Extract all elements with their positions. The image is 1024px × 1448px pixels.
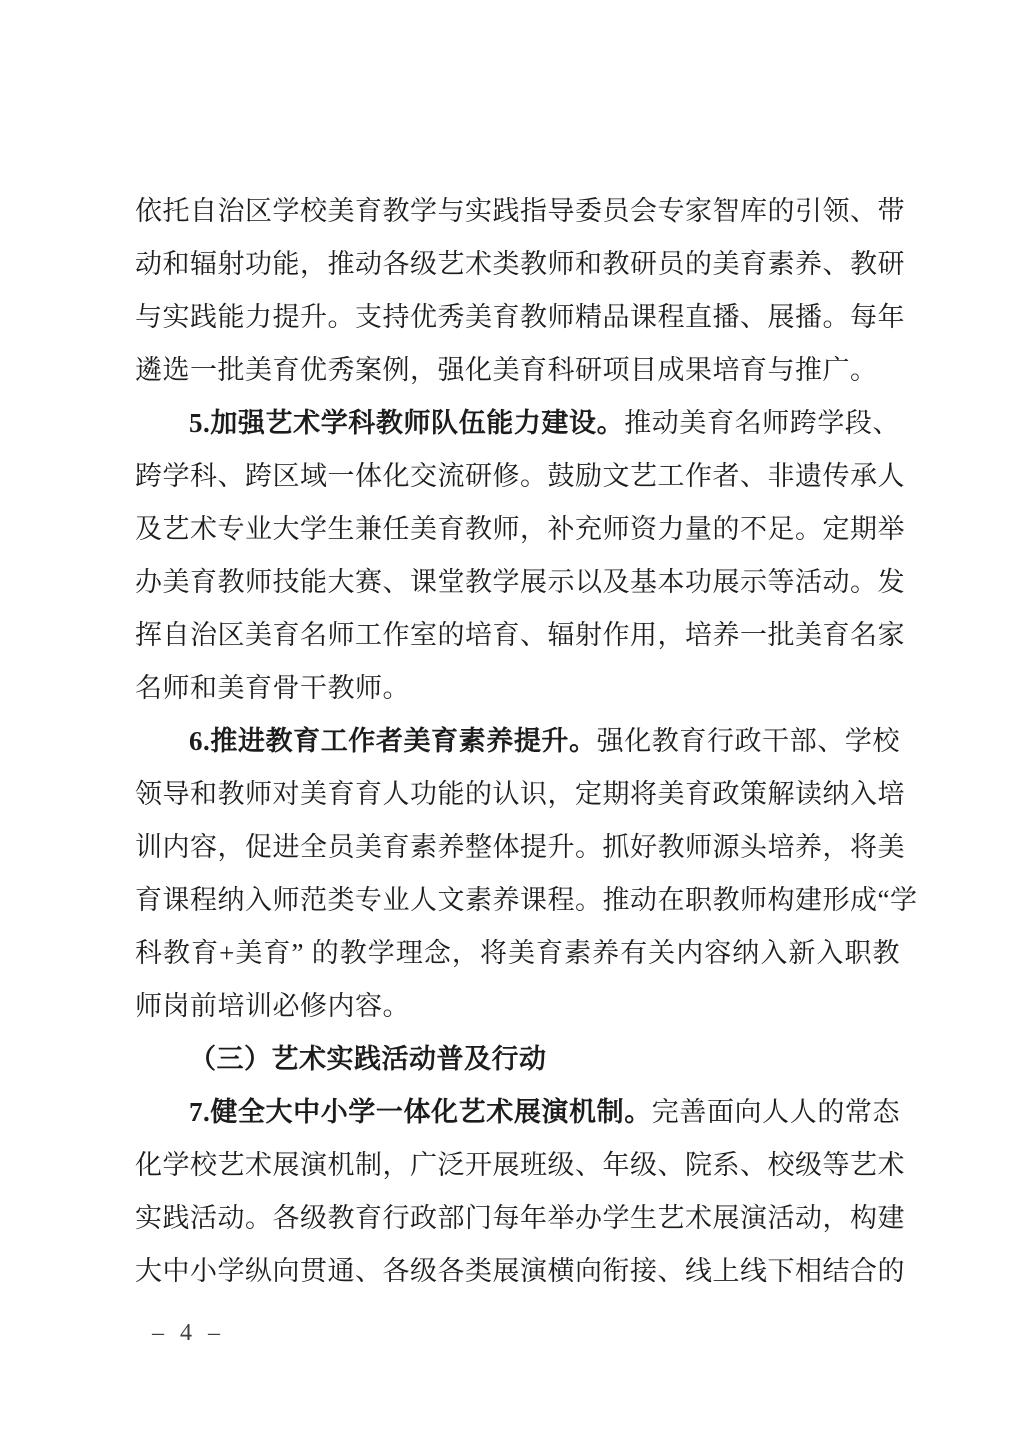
text-run: 师岗前培训必修内容。: [135, 991, 410, 1021]
text-line: 实践活动。各级教育行政部门每年举办学生艺术展演活动，构建: [135, 1192, 900, 1245]
text-line-section-7: 7.健全大中小学一体化艺术展演机制。完善面向人人的常态: [135, 1086, 900, 1139]
text-line: 动和辐射功能，推动各级艺术类教师和教研员的美育素养、教研: [135, 238, 900, 291]
text-run: 实践活动。各级教育行政部门每年举办学生艺术展演活动，构建: [135, 1203, 905, 1233]
text-line: 领导和教师对美育育人功能的认识，定期将美育政策解读纳入培: [135, 768, 900, 821]
text-run: 名师和美育骨干教师。: [135, 673, 410, 703]
text-run: 大中小学纵向贯通、各级各类展演横向衔接、线上线下相结合的: [135, 1256, 905, 1286]
bold-run: 7.健全大中小学一体化艺术展演机制。: [189, 1097, 652, 1127]
text-run: 遴选一批美育优秀案例，强化美育科研项目成果培育与推广。: [135, 355, 878, 385]
text-run: 化学校艺术展演机制，广泛开展班级、年级、院系、校级等艺术: [135, 1150, 905, 1180]
text-line: 办美育教师技能大赛、课堂教学展示以及基本功展示等活动。发: [135, 556, 900, 609]
text-run: 训内容，促进全员美育素养整体提升。抓好教师源头培养，将美: [135, 832, 905, 862]
text-run: 完善面向人人的常态: [652, 1097, 900, 1127]
document-body: 依托自治区学校美育教学与实践指导委员会专家智库的引领、带 动和辐射功能，推动各级…: [135, 185, 900, 1298]
text-run: 与实践能力提升。支持优秀美育教师精品课程直播、展播。每年: [135, 302, 905, 332]
bold-run: （三）艺术实践活动普及行动: [189, 1044, 547, 1074]
text-line: 科教育+美育” 的教学理念，将美育素养有关内容纳入新入职教: [135, 927, 900, 980]
bold-run: 6.推进教育工作者美育素养提升。: [189, 726, 597, 756]
text-run: 动和辐射功能，推动各级艺术类教师和教研员的美育素养、教研: [135, 249, 905, 279]
text-line: 师岗前培训必修内容。: [135, 980, 900, 1033]
text-run: 科教育+美育” 的教学理念，将美育素养有关内容纳入新入职教: [135, 938, 900, 968]
text-run: 领导和教师对美育育人功能的认识，定期将美育政策解读纳入培: [135, 779, 905, 809]
text-run: 及艺术专业大学生兼任美育教师，补充师资力量的不足。定期举: [135, 514, 905, 544]
text-line: 跨学科、跨区域一体化交流研修。鼓励文艺工作者、非遗传承人: [135, 450, 900, 503]
text-run: 挥自治区美育名师工作室的培育、辐射作用，培养一批美育名家: [135, 620, 905, 650]
text-run: 跨学科、跨区域一体化交流研修。鼓励文艺工作者、非遗传承人: [135, 461, 905, 491]
page-number: – 4 –: [152, 1320, 225, 1347]
text-line: 训内容，促进全员美育素养整体提升。抓好教师源头培养，将美: [135, 821, 900, 874]
text-run: 推动美育名师跨学段、: [624, 408, 900, 438]
text-line: 依托自治区学校美育教学与实践指导委员会专家智库的引领、带: [135, 185, 900, 238]
text-line: 挥自治区美育名师工作室的培育、辐射作用，培养一批美育名家: [135, 609, 900, 662]
text-line: 育课程纳入师范类专业人文素养课程。推动在职教师构建形成“学: [135, 874, 900, 927]
text-line: 与实践能力提升。支持优秀美育教师精品课程直播、展播。每年: [135, 291, 900, 344]
text-line: 大中小学纵向贯通、各级各类展演横向衔接、线上线下相结合的: [135, 1245, 900, 1298]
text-run: 办美育教师技能大赛、课堂教学展示以及基本功展示等活动。发: [135, 567, 905, 597]
document-page: 依托自治区学校美育教学与实践指导委员会专家智库的引领、带 动和辐射功能，推动各级…: [0, 0, 1024, 1448]
text-line: 遴选一批美育优秀案例，强化美育科研项目成果培育与推广。: [135, 344, 900, 397]
text-run: 依托自治区学校美育教学与实践指导委员会专家智库的引领、带: [135, 196, 905, 226]
text-line: 化学校艺术展演机制，广泛开展班级、年级、院系、校级等艺术: [135, 1139, 900, 1192]
text-run: 强化教育行政干部、学校: [597, 726, 900, 756]
bold-run: 5.加强艺术学科教师队伍能力建设。: [189, 408, 624, 438]
text-line: 及艺术专业大学生兼任美育教师，补充师资力量的不足。定期举: [135, 503, 900, 556]
text-line-section-5: 5.加强艺术学科教师队伍能力建设。推动美育名师跨学段、: [135, 397, 900, 450]
text-line: 名师和美育骨干教师。: [135, 662, 900, 715]
section-heading-3: （三）艺术实践活动普及行动: [135, 1033, 900, 1086]
text-run: 育课程纳入师范类专业人文素养课程。推动在职教师构建形成“学: [135, 885, 917, 915]
text-line-section-6: 6.推进教育工作者美育素养提升。强化教育行政干部、学校: [135, 715, 900, 768]
